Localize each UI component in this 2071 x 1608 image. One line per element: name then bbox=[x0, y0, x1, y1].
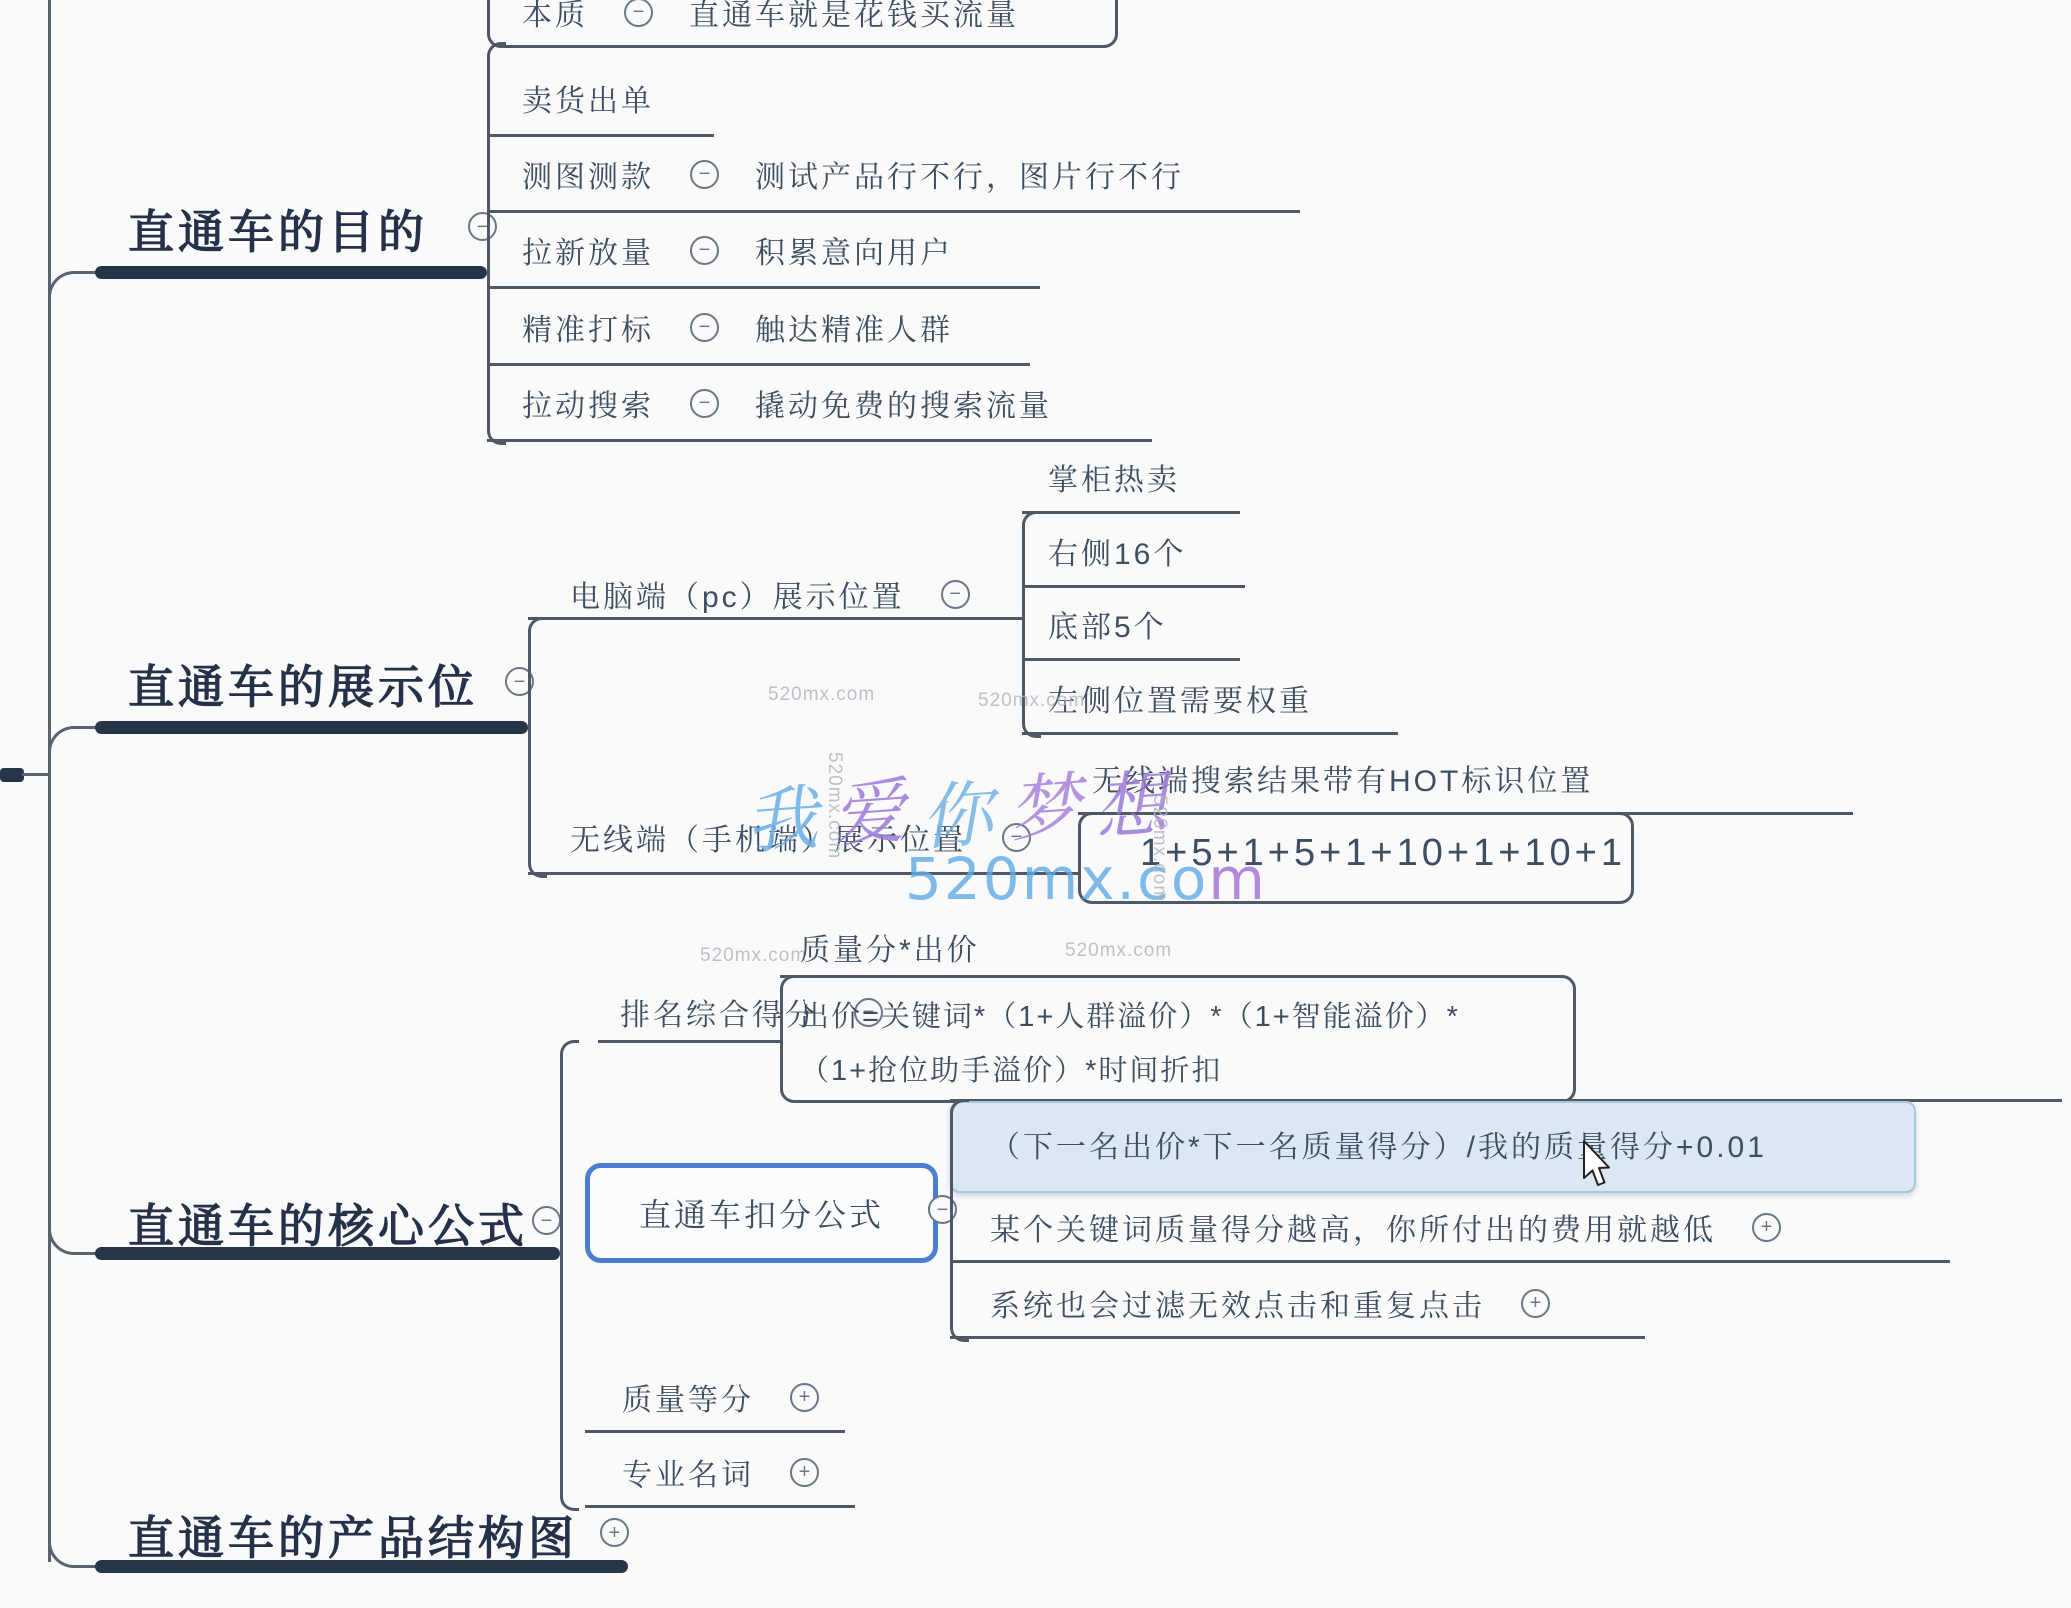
display-children-bracket bbox=[528, 617, 547, 878]
underline bbox=[528, 617, 1022, 620]
node-deduction-highlight[interactable]: （下一名出价*下一名质量得分）/我的质量得分+0.01 bbox=[990, 1122, 1767, 1166]
watermark-char: 梦 bbox=[1004, 748, 1083, 857]
collapse-icon[interactable]: − bbox=[690, 313, 719, 342]
node-label[interactable]: 电脑端（pc）展示位置 bbox=[570, 572, 905, 616]
formula-children-bracket bbox=[560, 1040, 579, 1511]
node-sell-orders[interactable]: 卖货出单 bbox=[522, 76, 654, 120]
watermark-tiny: 520mx.com bbox=[768, 684, 875, 706]
essence-detail[interactable]: 直通车就是花钱买流量 bbox=[689, 0, 1019, 34]
node-deduction-note1[interactable]: 某个关键词质量得分越高，你所付出的费用就越低 + bbox=[990, 1205, 1781, 1249]
elbow-product bbox=[48, 1528, 98, 1568]
node-bottom-5[interactable]: 底部5个 bbox=[1048, 602, 1167, 646]
underline bbox=[487, 286, 1040, 289]
root-connector bbox=[22, 773, 48, 776]
essence-label[interactable]: 本质 bbox=[522, 0, 588, 34]
node-right-16[interactable]: 右侧16个 bbox=[1048, 529, 1186, 573]
watermark-char: 我 bbox=[741, 760, 820, 869]
node-label[interactable]: 质量等分 bbox=[622, 1375, 754, 1419]
watermark-tiny: 520mx.com bbox=[700, 945, 807, 967]
node-detail[interactable]: 测试产品行不行，图片行不行 bbox=[755, 152, 1184, 196]
trunk-line bbox=[48, 0, 51, 1562]
expand-icon-product[interactable]: + bbox=[600, 1518, 629, 1547]
node-label[interactable]: 拉新放量 bbox=[522, 228, 654, 272]
watermark-tiny: 520mx.com bbox=[978, 690, 1085, 712]
deduction-children-bracket bbox=[950, 1099, 969, 1342]
underline bbox=[1022, 511, 1240, 514]
collapse-icon[interactable]: − bbox=[624, 0, 653, 27]
node-shopkeeper-hot[interactable]: 掌柜热卖 bbox=[1048, 455, 1180, 499]
underline bbox=[585, 1430, 845, 1433]
node-test-images[interactable]: 测图测款 − 测试产品行不行，图片行不行 bbox=[522, 152, 1184, 196]
watermark-site-tail: m bbox=[1208, 845, 1267, 913]
purpose-bar bbox=[95, 266, 487, 279]
node-label[interactable]: 质量分*出价 bbox=[800, 925, 980, 969]
expand-icon[interactable]: + bbox=[790, 1383, 819, 1412]
node-label[interactable]: 右侧16个 bbox=[1048, 529, 1186, 573]
node-hot-mark[interactable]: 无线端搜索结果带有HOT标识位置 bbox=[1092, 756, 1593, 800]
node-new-users[interactable]: 拉新放量 − 积累意向用户 bbox=[522, 228, 953, 272]
mouse-cursor bbox=[1583, 1140, 1617, 1188]
underline bbox=[487, 439, 1152, 442]
watermark-tiny: 520mx.com bbox=[1148, 795, 1170, 902]
collapse-icon[interactable]: − bbox=[690, 236, 719, 265]
node-quality-times-bid[interactable]: 质量分*出价 bbox=[800, 925, 980, 969]
node-label[interactable]: 掌柜热卖 bbox=[1048, 455, 1180, 499]
underline bbox=[487, 134, 714, 137]
node-deduction-formula-selected[interactable]: 直通车扣分公式 bbox=[585, 1163, 938, 1263]
node-label[interactable]: 直通车扣分公式 bbox=[639, 1190, 884, 1236]
node-deduction-note2[interactable]: 系统也会过滤无效点击和重复点击 + bbox=[990, 1281, 1550, 1325]
mindmap-canvas: { "map": { "top": { "label": "本质", "deta… bbox=[0, 0, 2071, 1608]
formula-bar bbox=[95, 1247, 560, 1260]
section-title-purpose[interactable]: 直通车的目的 bbox=[128, 196, 428, 262]
elbow-display bbox=[48, 726, 98, 763]
node-pc-display[interactable]: 电脑端（pc）展示位置 − bbox=[570, 572, 970, 616]
node-boost-search[interactable]: 拉动搜索 − 撬动免费的搜索流量 bbox=[522, 381, 1052, 425]
node-label[interactable]: 底部5个 bbox=[1048, 602, 1167, 646]
node-label[interactable]: 某个关键词质量得分越高，你所付出的费用就越低 bbox=[990, 1205, 1716, 1249]
node-label[interactable]: 出价=关键词*（1+人群溢价）*（1+智能溢价）*（1+抢位助手溢价）*时间折扣 bbox=[800, 1001, 1460, 1087]
node-label[interactable]: 无线端搜索结果带有HOT标识位置 bbox=[1092, 756, 1593, 800]
expand-icon[interactable]: + bbox=[790, 1458, 819, 1487]
expand-icon[interactable]: + bbox=[1752, 1213, 1781, 1242]
underline bbox=[1022, 732, 1398, 735]
underline bbox=[950, 1336, 1645, 1339]
node-bid-formula[interactable]: 出价=关键词*（1+人群溢价）*（1+智能溢价）*（1+抢位助手溢价）*时间折扣 bbox=[800, 990, 1552, 1098]
underline bbox=[1022, 658, 1240, 661]
node-label[interactable]: 精准打标 bbox=[522, 305, 654, 349]
collapse-icon[interactable]: − bbox=[941, 580, 970, 609]
essence-node[interactable]: 本质 − 直通车就是花钱买流量 bbox=[522, 0, 1019, 34]
watermark-site: 520mx.com bbox=[905, 845, 1267, 913]
node-label[interactable]: 专业名词 bbox=[622, 1450, 754, 1494]
underline bbox=[487, 363, 1030, 366]
node-label[interactable]: 拉动搜索 bbox=[522, 381, 654, 425]
section-title-display[interactable]: 直通车的展示位 bbox=[128, 651, 478, 717]
node-detail[interactable]: 触达精准人群 bbox=[755, 305, 953, 349]
collapse-icon[interactable]: − bbox=[690, 389, 719, 418]
root-stub bbox=[0, 768, 24, 782]
node-left-weight[interactable]: 左侧位置需要权重 bbox=[1048, 676, 1312, 720]
product-bar bbox=[95, 1560, 628, 1573]
node-detail[interactable]: 积累意向用户 bbox=[755, 228, 953, 272]
node-label[interactable]: 系统也会过滤无效点击和重复点击 bbox=[990, 1281, 1485, 1325]
underline bbox=[950, 1260, 1950, 1263]
underline bbox=[487, 210, 1300, 213]
section-title-product[interactable]: 直通车的产品结构图 bbox=[128, 1502, 578, 1568]
node-terms[interactable]: 专业名词 + bbox=[622, 1450, 819, 1494]
node-quality-grade[interactable]: 质量等分 + bbox=[622, 1375, 819, 1419]
elbow-formula bbox=[48, 1215, 98, 1255]
underline bbox=[598, 1040, 780, 1043]
watermark-tiny: 520mx.com bbox=[1065, 940, 1172, 962]
expand-icon[interactable]: + bbox=[1521, 1289, 1550, 1318]
node-label[interactable]: （下一名出价*下一名质量得分）/我的质量得分+0.01 bbox=[990, 1122, 1767, 1166]
collapse-icon[interactable]: − bbox=[690, 160, 719, 189]
underline bbox=[585, 1505, 855, 1508]
purpose-children-bracket bbox=[487, 42, 506, 445]
node-label[interactable]: 左侧位置需要权重 bbox=[1048, 676, 1312, 720]
node-label[interactable]: 卖货出单 bbox=[522, 76, 654, 120]
underline bbox=[1022, 585, 1245, 588]
node-precise-tagging[interactable]: 精准打标 − 触达精准人群 bbox=[522, 305, 953, 349]
collapse-icon-formula[interactable]: − bbox=[532, 1206, 561, 1235]
elbow-purpose bbox=[48, 271, 98, 308]
node-label[interactable]: 测图测款 bbox=[522, 152, 654, 196]
display-bar bbox=[95, 721, 528, 734]
node-detail[interactable]: 撬动免费的搜索流量 bbox=[755, 381, 1052, 425]
watermark-tiny: 520mx.com bbox=[823, 752, 845, 859]
